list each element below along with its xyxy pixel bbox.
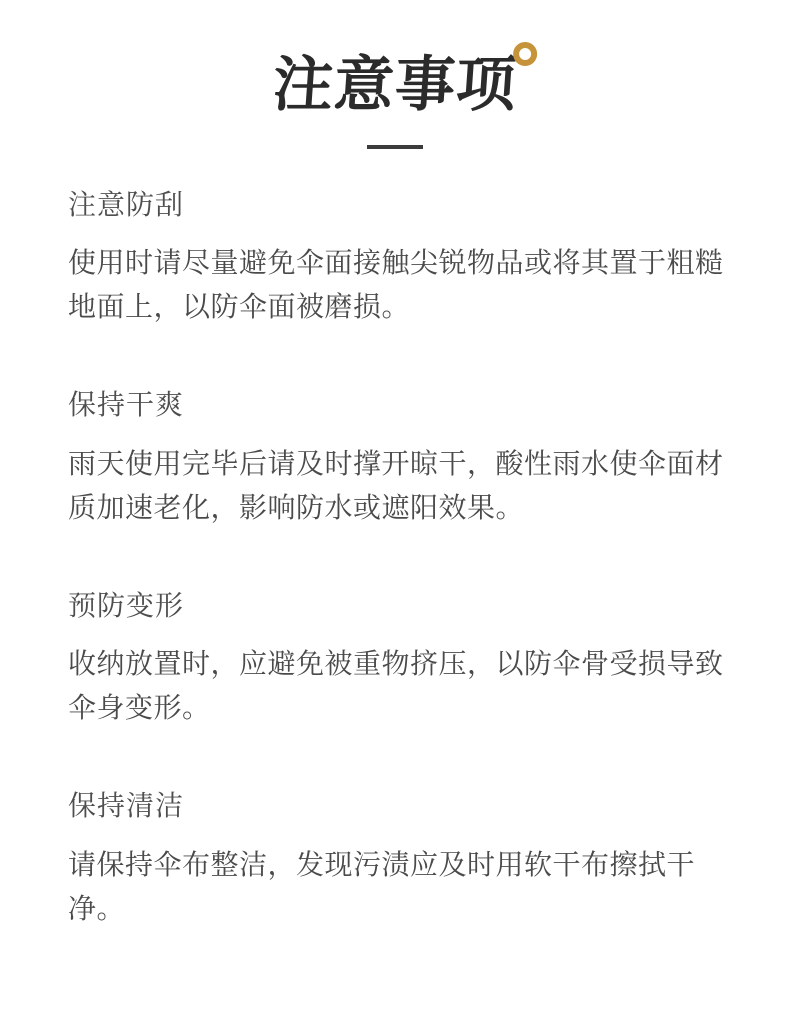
- page-title-text: 注意事项: [271, 51, 520, 118]
- section-body: 收纳放置时，应避免被重物挤压，以防伞骨受损导致伞身变形。: [68, 642, 744, 730]
- page-title: 注意事项: [271, 50, 520, 119]
- care-sections: 注意防刮 使用时请尽量避免伞面接触尖锐物品或将其置于粗糙地面上，以防伞面被磨损。…: [0, 149, 790, 931]
- page-header: 注意事项: [0, 0, 790, 149]
- care-instructions-page: 注意事项 注意防刮 使用时请尽量避免伞面接触尖锐物品或将其置于粗糙地面上，以防伞…: [0, 0, 790, 1028]
- care-section-dry: 保持干爽 雨天使用完毕后请及时撑开晾干，酸性雨水使伞面材质加速老化，影响防水或遮…: [68, 387, 744, 529]
- section-heading: 保持清洁: [68, 788, 744, 824]
- care-section-clean: 保持清洁 请保持伞布整洁，发现污渍应及时用软干布擦拭干净。: [68, 788, 744, 930]
- section-body: 使用时请尽量避免伞面接触尖锐物品或将其置于粗糙地面上，以防伞面被磨损。: [68, 241, 744, 329]
- section-heading: 保持干爽: [68, 387, 744, 423]
- section-heading: 注意防刮: [68, 187, 744, 223]
- care-section-deform: 预防变形 收纳放置时，应避免被重物挤压，以防伞骨受损导致伞身变形。: [68, 588, 744, 730]
- care-section-scratch: 注意防刮 使用时请尽量避免伞面接触尖锐物品或将其置于粗糙地面上，以防伞面被磨损。: [68, 187, 744, 329]
- ring-accent-icon: [513, 42, 537, 66]
- section-body: 雨天使用完毕后请及时撑开晾干，酸性雨水使伞面材质加速老化，影响防水或遮阳效果。: [68, 442, 744, 530]
- section-heading: 预防变形: [68, 588, 744, 624]
- section-body: 请保持伞布整洁，发现污渍应及时用软干布擦拭干净。: [68, 843, 744, 931]
